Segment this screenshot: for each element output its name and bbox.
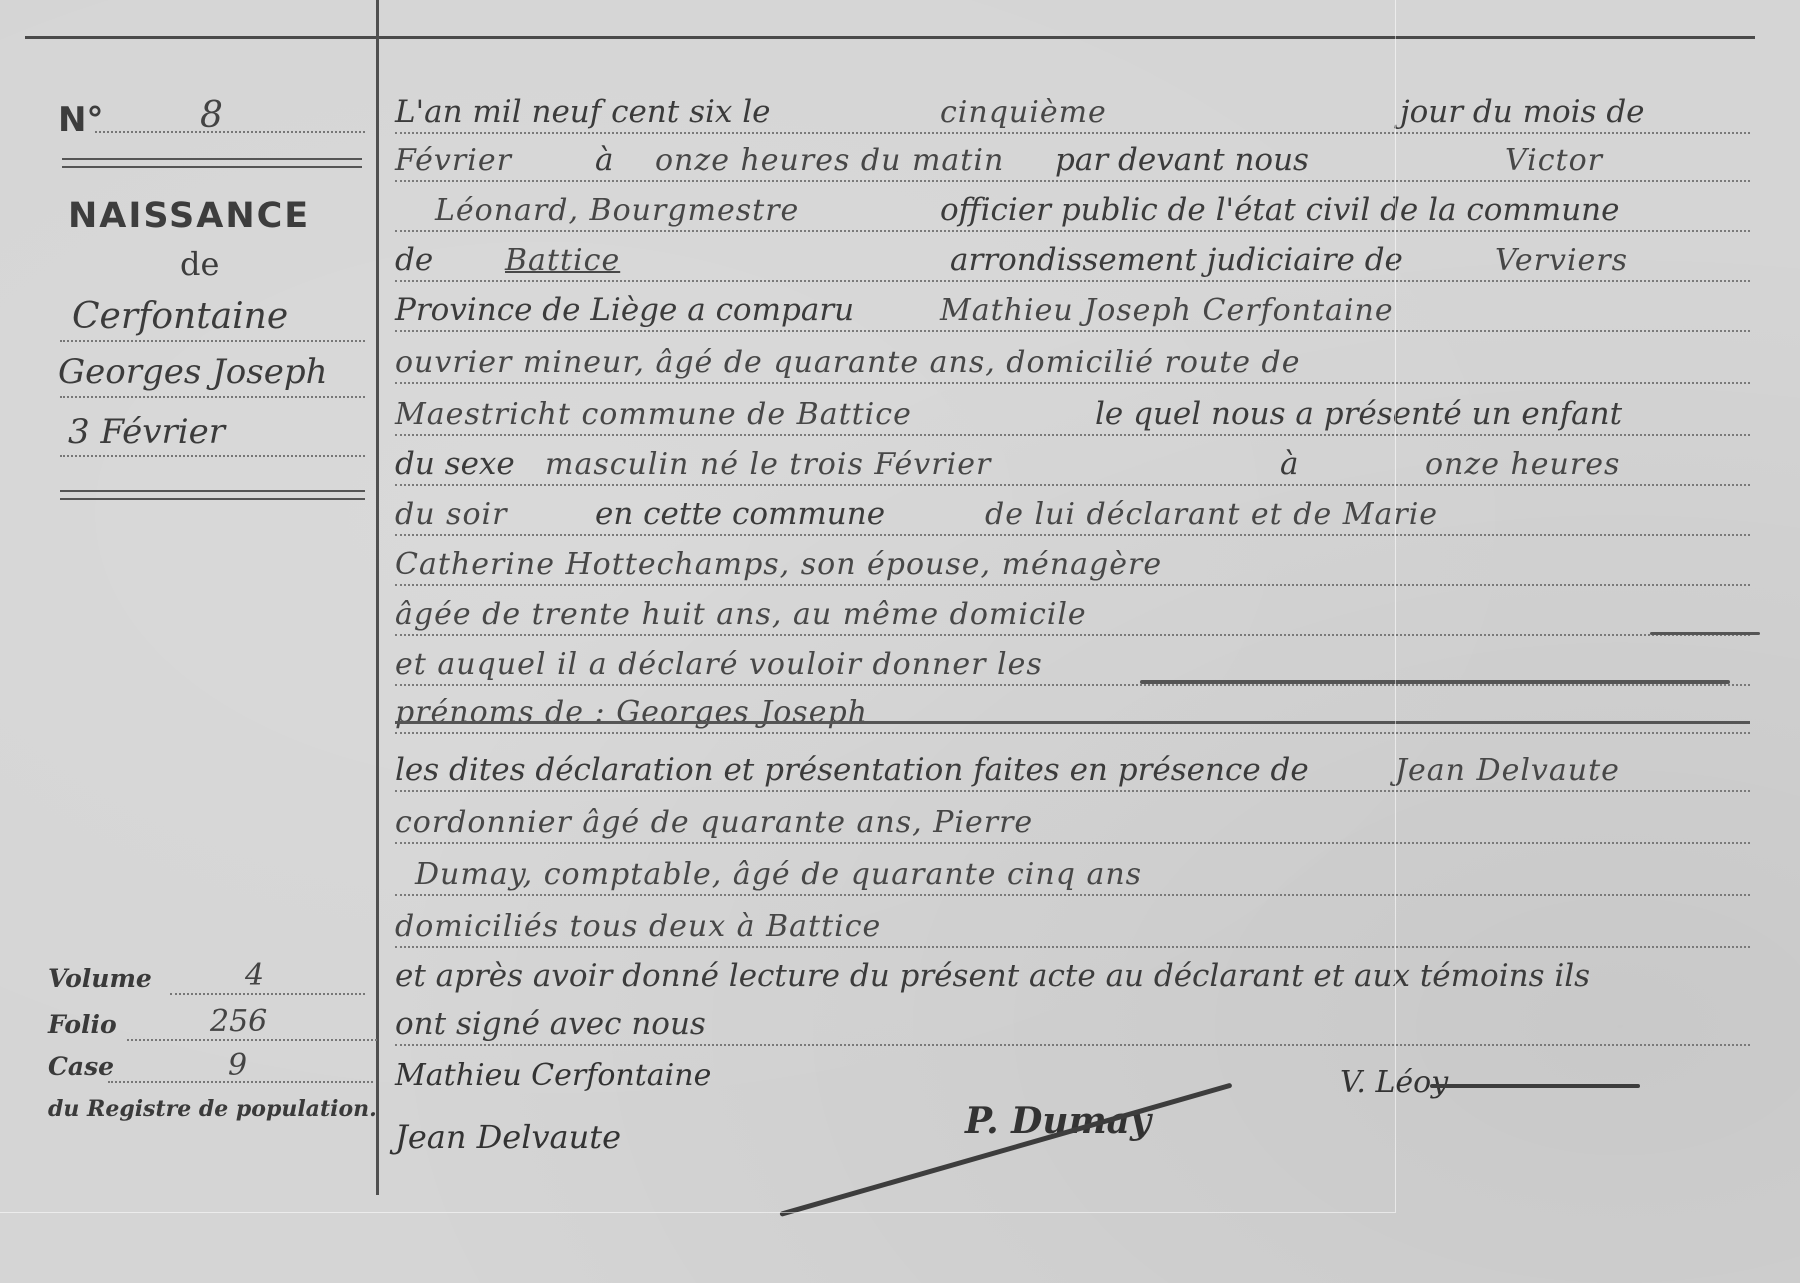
act-fill-declarant: Mathieu Joseph Cerfontaine xyxy=(940,293,1394,328)
act-fill-officer: Léonard, Bourgmestre xyxy=(435,193,799,228)
act-text: L'an mil neuf cent six le xyxy=(395,94,771,130)
act-line-11: âgée de trente huit ans, au même domicil… xyxy=(395,586,1750,636)
act-text: à xyxy=(1280,446,1298,482)
case-value: 9 xyxy=(228,1048,247,1083)
act-line-9: du soir en cette commune de lui déclaran… xyxy=(395,486,1750,536)
act-fill-officer-firstname: Victor xyxy=(1505,143,1603,178)
act-line-12: et auquel il a déclaré vouloir donner le… xyxy=(395,636,1750,686)
number-label: N° xyxy=(58,100,103,140)
witness1-details: cordonnier âgé de quarante ans, Pierre xyxy=(395,805,1033,840)
act-fill-occupation: ouvrier mineur, âgé de quarante ans, dom… xyxy=(395,345,1301,380)
act-line-7: Maestricht commune de Battice le quel no… xyxy=(395,386,1750,436)
act-text: à xyxy=(595,142,613,178)
act-fill-mother-intro: de lui déclarant et de Marie xyxy=(985,497,1438,532)
act-fill-commune: Battice xyxy=(505,243,620,278)
signature-witness1: Jean Delvaute xyxy=(395,1118,621,1156)
act-text: en cette commune xyxy=(595,496,885,532)
act-fill-mother-age: âgée de trente huit ans, au même domicil… xyxy=(395,597,1087,632)
act-fill-time: onze heures du matin xyxy=(655,143,1004,178)
act-line-1: L'an mil neuf cent six le cinquième jour… xyxy=(395,84,1750,134)
act-line-10: Catherine Hottechamps, son épouse, ménag… xyxy=(395,536,1750,586)
act-fill-month: Février xyxy=(395,143,512,178)
act-text: du sexe xyxy=(395,446,515,482)
act-fill-time-of-day: du soir xyxy=(395,497,507,532)
act-text: jour du mois de xyxy=(1400,94,1645,130)
volume-label: Volume xyxy=(48,964,152,993)
child-surname: Cerfontaine xyxy=(72,296,288,337)
act-line-4: de Battice arrondissement judiciaire de … xyxy=(395,232,1750,282)
civil-registry-page: N° 8 NAISSANCE de Cerfontaine Georges Jo… xyxy=(0,0,1800,1283)
folio-label: Folio xyxy=(48,1010,117,1039)
act-fill-naming: et auquel il a déclaré vouloir donner le… xyxy=(395,647,1043,682)
act-line-5: Province de Liège a comparu Mathieu Jose… xyxy=(395,282,1750,332)
number-dotted-line xyxy=(95,131,365,133)
officer-signature-stroke xyxy=(1430,1084,1640,1088)
witness-line-3: Dumay, comptable, âgé de quarante cinq a… xyxy=(395,846,1750,896)
act-text: et après avoir donné lecture du présent … xyxy=(395,958,1590,994)
act-fill-day: cinquième xyxy=(940,95,1107,130)
act-text: arrondissement judiciaire de xyxy=(950,242,1403,278)
margin-line-given xyxy=(60,396,365,398)
act-fill-arrondissement: Verviers xyxy=(1495,243,1628,278)
witness-line-2: cordonnier âgé de quarante ans, Pierre xyxy=(395,794,1750,844)
act-text: le quel nous a présenté un enfant xyxy=(1095,396,1622,432)
act-fill-birth-hour: onze heures xyxy=(1425,447,1620,482)
margin-line-date xyxy=(60,455,365,457)
witness-line-4: domiciliés tous deux à Battice xyxy=(395,898,1750,948)
act-line-13: prénoms de : Georges Joseph xyxy=(395,684,1750,734)
act-fill-sex-date: masculin né le trois Février xyxy=(545,447,991,482)
witness-line-1: les dites déclaration et présentation fa… xyxy=(395,742,1750,792)
case-label: Case xyxy=(48,1052,114,1081)
act-line-2: Février à onze heures du matin par devan… xyxy=(395,132,1750,182)
witness2-details: Dumay, comptable, âgé de quarante cinq a… xyxy=(415,857,1142,892)
act-text: de xyxy=(395,242,433,278)
heading-naissance: NAISSANCE xyxy=(68,196,310,236)
act-fill-mother: Catherine Hottechamps, son épouse, ménag… xyxy=(395,547,1162,582)
act-text: Province de Liège a comparu xyxy=(395,292,854,328)
margin-line-surname xyxy=(60,340,365,342)
folio-dots xyxy=(127,1039,377,1041)
act-text: officier public de l'état civil de la co… xyxy=(940,192,1619,228)
birth-date: 3 Février xyxy=(68,412,225,452)
child-given-names: Georges Joseph xyxy=(58,352,327,392)
volume-value: 4 xyxy=(245,958,264,993)
witness-line-5: et après avoir donné lecture du présent … xyxy=(395,948,1750,996)
volume-dots xyxy=(170,993,365,995)
signature-declarant: Mathieu Cerfontaine xyxy=(395,1058,711,1093)
double-rule-bottom xyxy=(60,490,365,500)
act-fill-given-names: prénoms de : Georges Joseph xyxy=(395,695,868,730)
heading-de: de xyxy=(180,245,219,283)
act-text: par devant nous xyxy=(1055,142,1309,178)
witness1-name: Jean Delvaute xyxy=(1395,753,1620,788)
act-fill-address: Maestricht commune de Battice xyxy=(395,397,912,432)
margin-divider xyxy=(376,0,379,1195)
top-rule xyxy=(25,36,1755,39)
act-text: ont signé avec nous xyxy=(395,1006,706,1042)
act-line-3: Léonard, Bourgmestre officier public de … xyxy=(395,182,1750,232)
double-rule-top xyxy=(62,158,362,168)
line-flourish xyxy=(1650,632,1760,635)
act-line-6: ouvrier mineur, âgé de quarante ans, dom… xyxy=(395,334,1750,384)
section-separator xyxy=(395,721,1750,724)
closing-flourish xyxy=(1140,680,1730,684)
witnesses-domicile: domiciliés tous deux à Battice xyxy=(395,909,881,944)
act-number: 8 xyxy=(200,95,223,136)
witness-line-6: ont signé avec nous xyxy=(395,996,1750,1046)
act-line-8: du sexe masculin né le trois Février à o… xyxy=(395,436,1750,486)
register-footer: du Registre de population. xyxy=(48,1096,377,1122)
act-text: les dites déclaration et présentation fa… xyxy=(395,752,1309,788)
signature-officer: V. Léoy xyxy=(1340,1065,1448,1100)
folio-value: 256 xyxy=(210,1004,267,1039)
